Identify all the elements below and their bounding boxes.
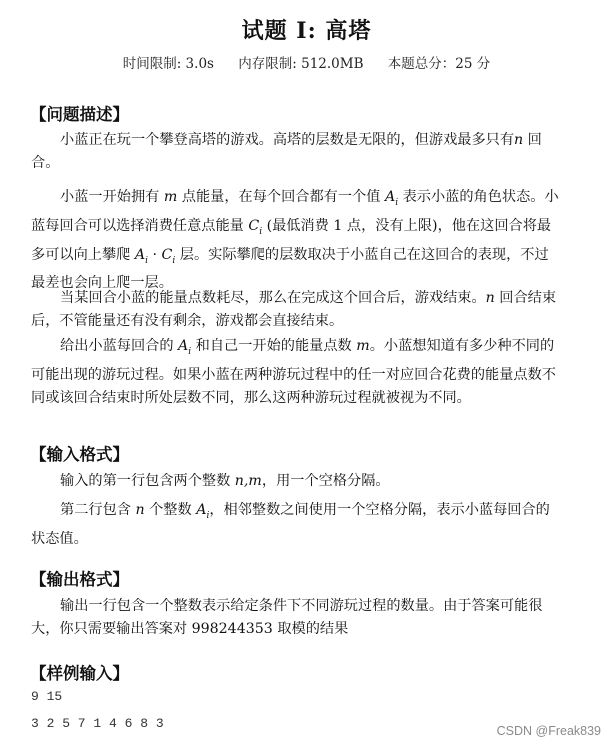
input-format-paragraph-1: 输入的第一行包含两个整数 n,m，用一个空格分隔。: [31, 470, 561, 493]
memory-limit: 内存限制: 512.0MB: [238, 56, 363, 72]
description-paragraph-2: 小蓝一开始拥有 m 点能量，在每个回合都有一个值 Ai 表示小蓝的角色状态。小蓝…: [31, 186, 561, 295]
time-limit: 时间限制: 3.0s: [123, 56, 214, 72]
sample-input-line-1: 9 15: [31, 689, 62, 704]
input-format-paragraph-2: 第二行包含 n 个整数 Ai，相邻整数之间使用一个空格分隔，表示小蓝每回合的状态…: [31, 499, 561, 551]
output-format-paragraph: 输出一行包含一个整数表示给定条件下不同游玩过程的数量。由于答案可能很大，你只需要…: [31, 595, 561, 641]
sample-input-line-2: 3 2 5 7 1 4 6 8 3: [31, 716, 164, 731]
section-heading-sample-input: 【样例输入】: [30, 660, 129, 684]
section-heading-input-format: 【输入格式】: [30, 441, 129, 465]
section-heading-output-format: 【输出格式】: [30, 566, 129, 590]
description-paragraph-3: 当某回合小蓝的能量点数耗尽，那么在完成这个回合后，游戏结束。n 回合结束后，不管…: [31, 287, 561, 333]
description-paragraph-4: 给出小蓝每回合的 Ai 和自己一开始的能量点数 m。小蓝想知道有多少种不同的可能…: [31, 335, 561, 410]
problem-meta: 时间限制: 3.0s 内存限制: 512.0MB 本题总分：25 分: [0, 52, 613, 72]
watermark: CSDN @Freak839: [497, 724, 601, 738]
problem-title: 试题 I: 高塔: [0, 14, 613, 45]
total-score: 本题总分：25 分: [388, 56, 490, 72]
description-paragraph-1: 小蓝正在玩一个攀登高塔的游戏。高塔的层数是无限的，但游戏最多只有n 回合。: [31, 129, 561, 175]
section-heading-description: 【问题描述】: [30, 101, 129, 125]
